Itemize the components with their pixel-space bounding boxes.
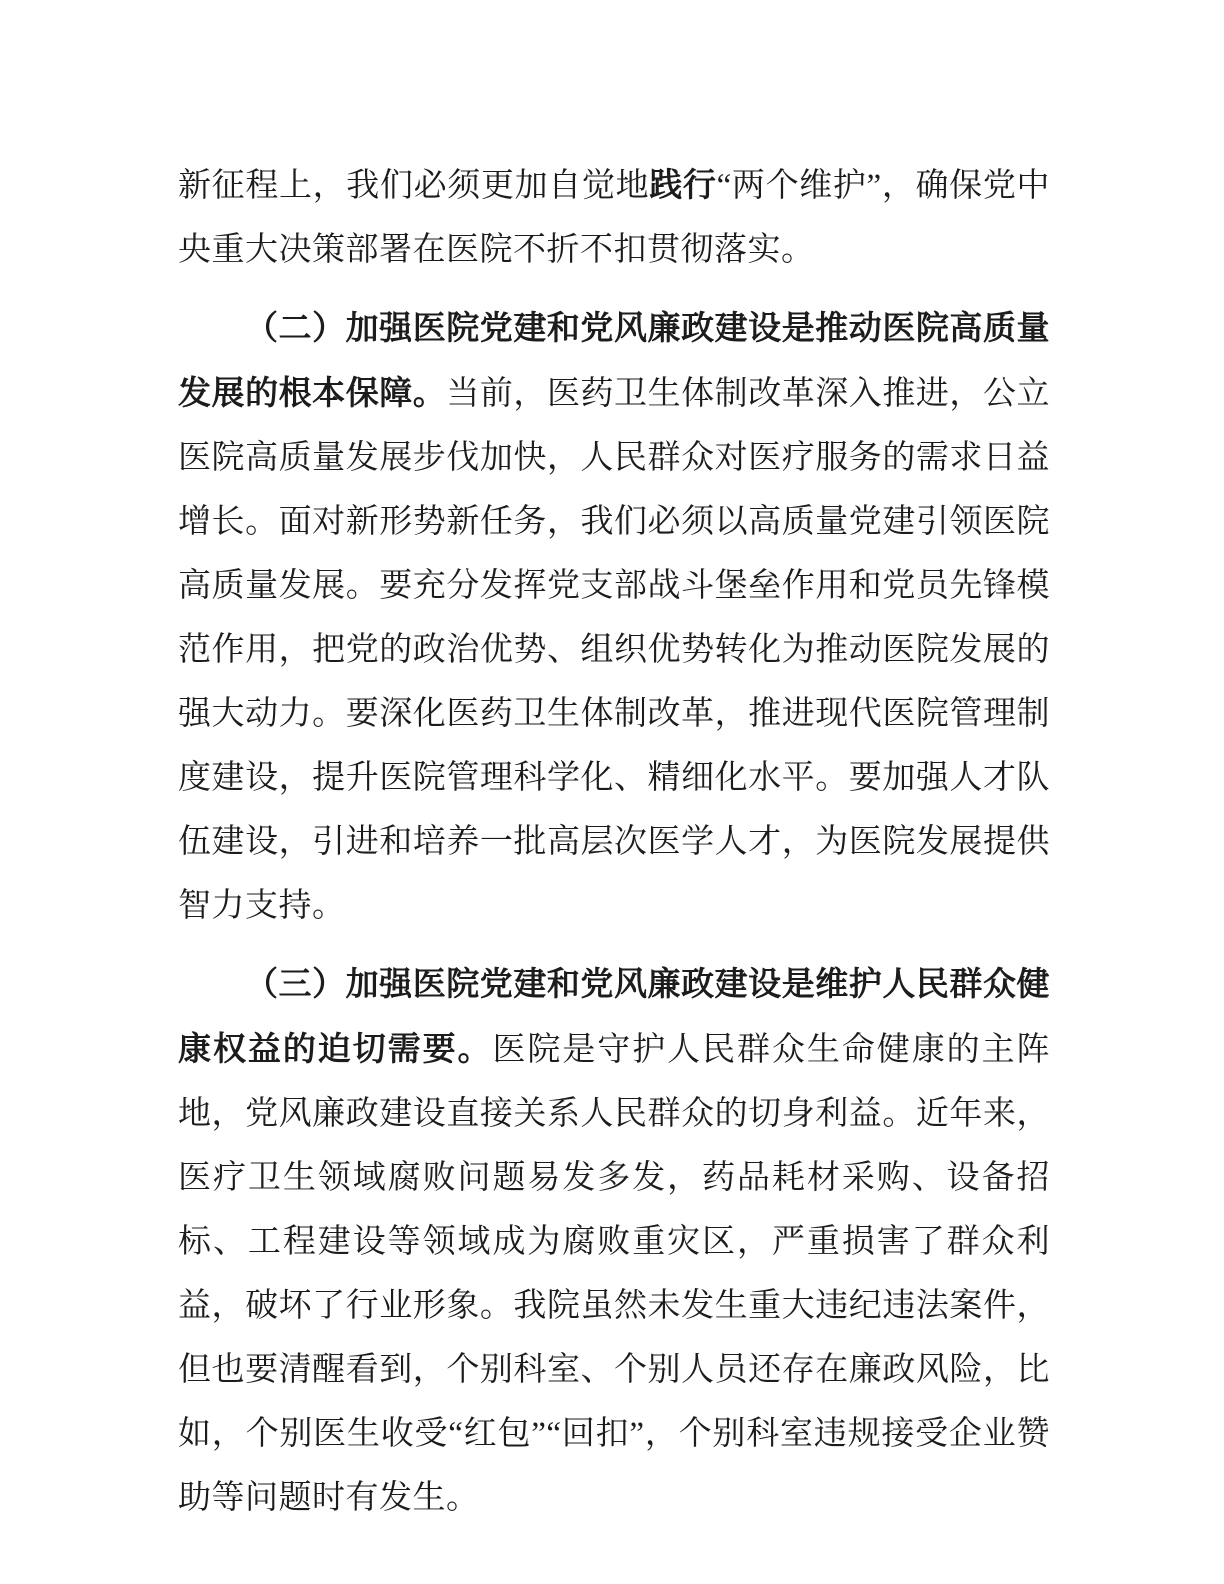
bold-text-run: 践行 <box>649 166 716 203</box>
paragraph: （三）加强医院党建和党风廉政建设是维护人民群众健康权益的迫切需要。医院是守护人民… <box>178 952 1050 1530</box>
paragraph: 新征程上，我们必须更加自觉地践行“两个维护”，确保党中央重大决策部署在医院不折不… <box>178 153 1050 282</box>
document-body: 新征程上，我们必须更加自觉地践行“两个维护”，确保党中央重大决策部署在医院不折不… <box>178 153 1050 1530</box>
text-run: 医院是守护人民群众生命健康的主阵地，党风廉政建设直接关系人民群众的切身利益。近年… <box>178 1032 1050 1516</box>
text-run: 新征程上，我们必须更加自觉地 <box>178 168 649 204</box>
document-page: 新征程上，我们必须更加自觉地践行“两个维护”，确保党中央重大决策部署在医院不折不… <box>0 0 1224 1584</box>
text-run: 当前，医药卫生体制改革深入推进，公立医院高质量发展步伐加快，人民群众对医疗服务的… <box>178 376 1050 924</box>
paragraph: （二）加强医院党建和党风廉政建设是推动医院高质量发展的根本保障。当前，医药卫生体… <box>178 296 1050 938</box>
